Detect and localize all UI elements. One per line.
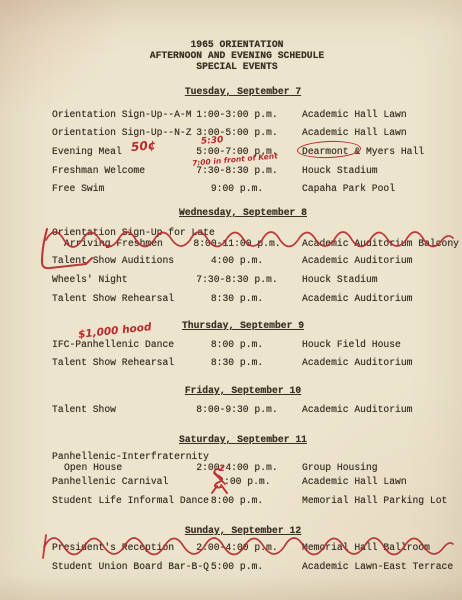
- event-label: Orientation Sign-Up for Late: [52, 228, 215, 238]
- event-label: Panhellenic-Interfraternity: [52, 452, 209, 462]
- handwritten-digit-correction: 2: [219, 464, 225, 474]
- event-label: Evening Meal: [52, 147, 122, 157]
- event-location: Houck Stadium: [302, 275, 378, 285]
- page-title-line1: 1965 ORIENTATION: [6, 40, 462, 50]
- typewritten-schedule-page: 1965 ORIENTATION AFTERNOON AND EVENING S…: [0, 0, 462, 600]
- event-location: Academic Hall Lawn: [302, 477, 407, 487]
- event-label: Orientation Sign-Up--A-M: [52, 110, 192, 120]
- event-location: Houck Stadium: [302, 166, 378, 176]
- handwritten-time-correction: 5:30: [201, 135, 224, 147]
- event-location: Academic Hall Lawn: [302, 110, 407, 120]
- event-label-line2: Open House: [64, 463, 122, 473]
- event-label: Talent Show Auditions: [52, 256, 174, 266]
- sunday-left-tick: [43, 535, 46, 558]
- event-label: Wheels' Night: [52, 275, 128, 285]
- event-location: Group Housing: [302, 463, 378, 473]
- handwritten-price-note: 50¢: [131, 140, 157, 152]
- event-label: Orientation Sign-Up--N-Z: [52, 128, 192, 138]
- event-location: Academic Auditorium: [302, 405, 412, 415]
- event-label: Talent Show Rehearsal: [52, 294, 174, 304]
- event-time: 8:00 p.m.: [177, 340, 297, 350]
- page-title-line3: SPECIAL EVENTS: [6, 62, 462, 72]
- event-time: 8:00 p.m.: [177, 496, 297, 506]
- event-location: Memorial Hall Parking Lot: [302, 496, 447, 506]
- event-time: 1:00-3:00 p.m.: [177, 110, 297, 120]
- event-location: Capaha Park Pool: [302, 184, 395, 194]
- event-location: Memorial Hall Ballroom: [302, 543, 430, 553]
- event-time: 8:00-11:00 p.m.: [177, 239, 297, 249]
- event-location: Academic Auditorium: [302, 256, 412, 266]
- event-label: President's Reception: [52, 543, 174, 553]
- event-time: 2:00-4:00 p.m.: [177, 463, 297, 473]
- day-header-wednesday: Wednesday, September 8: [12, 208, 462, 218]
- event-location: Academic Hall Lawn: [302, 128, 407, 138]
- event-time: :00 p.m.: [224, 477, 271, 487]
- event-time: 3:00-5:00 p.m.: [177, 128, 297, 138]
- event-time: 5:00 p.m.: [177, 562, 297, 572]
- event-label: Talent Show Rehearsal: [52, 358, 174, 368]
- day-header-sunday: Sunday, September 12: [12, 526, 462, 536]
- event-location: Academic Auditorium Balcony: [302, 239, 459, 249]
- event-label: IFC-Panhellenic Dance: [52, 340, 174, 350]
- event-time: 2:00-4:00 p.m.: [177, 543, 297, 553]
- event-location: Academic Lawn-East Terrace: [302, 562, 453, 572]
- event-time: 8:30 p.m.: [177, 358, 297, 368]
- day-header-tuesday: Tuesday, September 7: [12, 87, 462, 97]
- event-label: Freshman Welcome: [52, 166, 145, 176]
- event-location: Academic Auditorium: [302, 294, 412, 304]
- event-time: 7:30-8:30 p.m.: [177, 275, 297, 285]
- day-header-friday: Friday, September 10: [12, 386, 462, 396]
- event-time: 8:00-9:30 p.m.: [177, 405, 297, 415]
- event-time: 9:00 p.m.: [177, 184, 297, 194]
- event-time: 8:30 p.m.: [177, 294, 297, 304]
- day-header-saturday: Saturday, September 11: [12, 435, 462, 445]
- event-location: Houck Field House: [302, 340, 401, 350]
- event-location: Academic Auditorium: [302, 358, 412, 368]
- event-label: Free Swim: [52, 184, 104, 194]
- event-time: 4:00 p.m.: [177, 256, 297, 266]
- event-label: Panhellenic Carnival: [52, 477, 168, 487]
- page-title-line2: AFTERNOON AND EVENING SCHEDULE: [6, 51, 462, 61]
- event-label-line2: Arriving Freshmen: [64, 239, 163, 249]
- event-label: Talent Show: [52, 405, 116, 415]
